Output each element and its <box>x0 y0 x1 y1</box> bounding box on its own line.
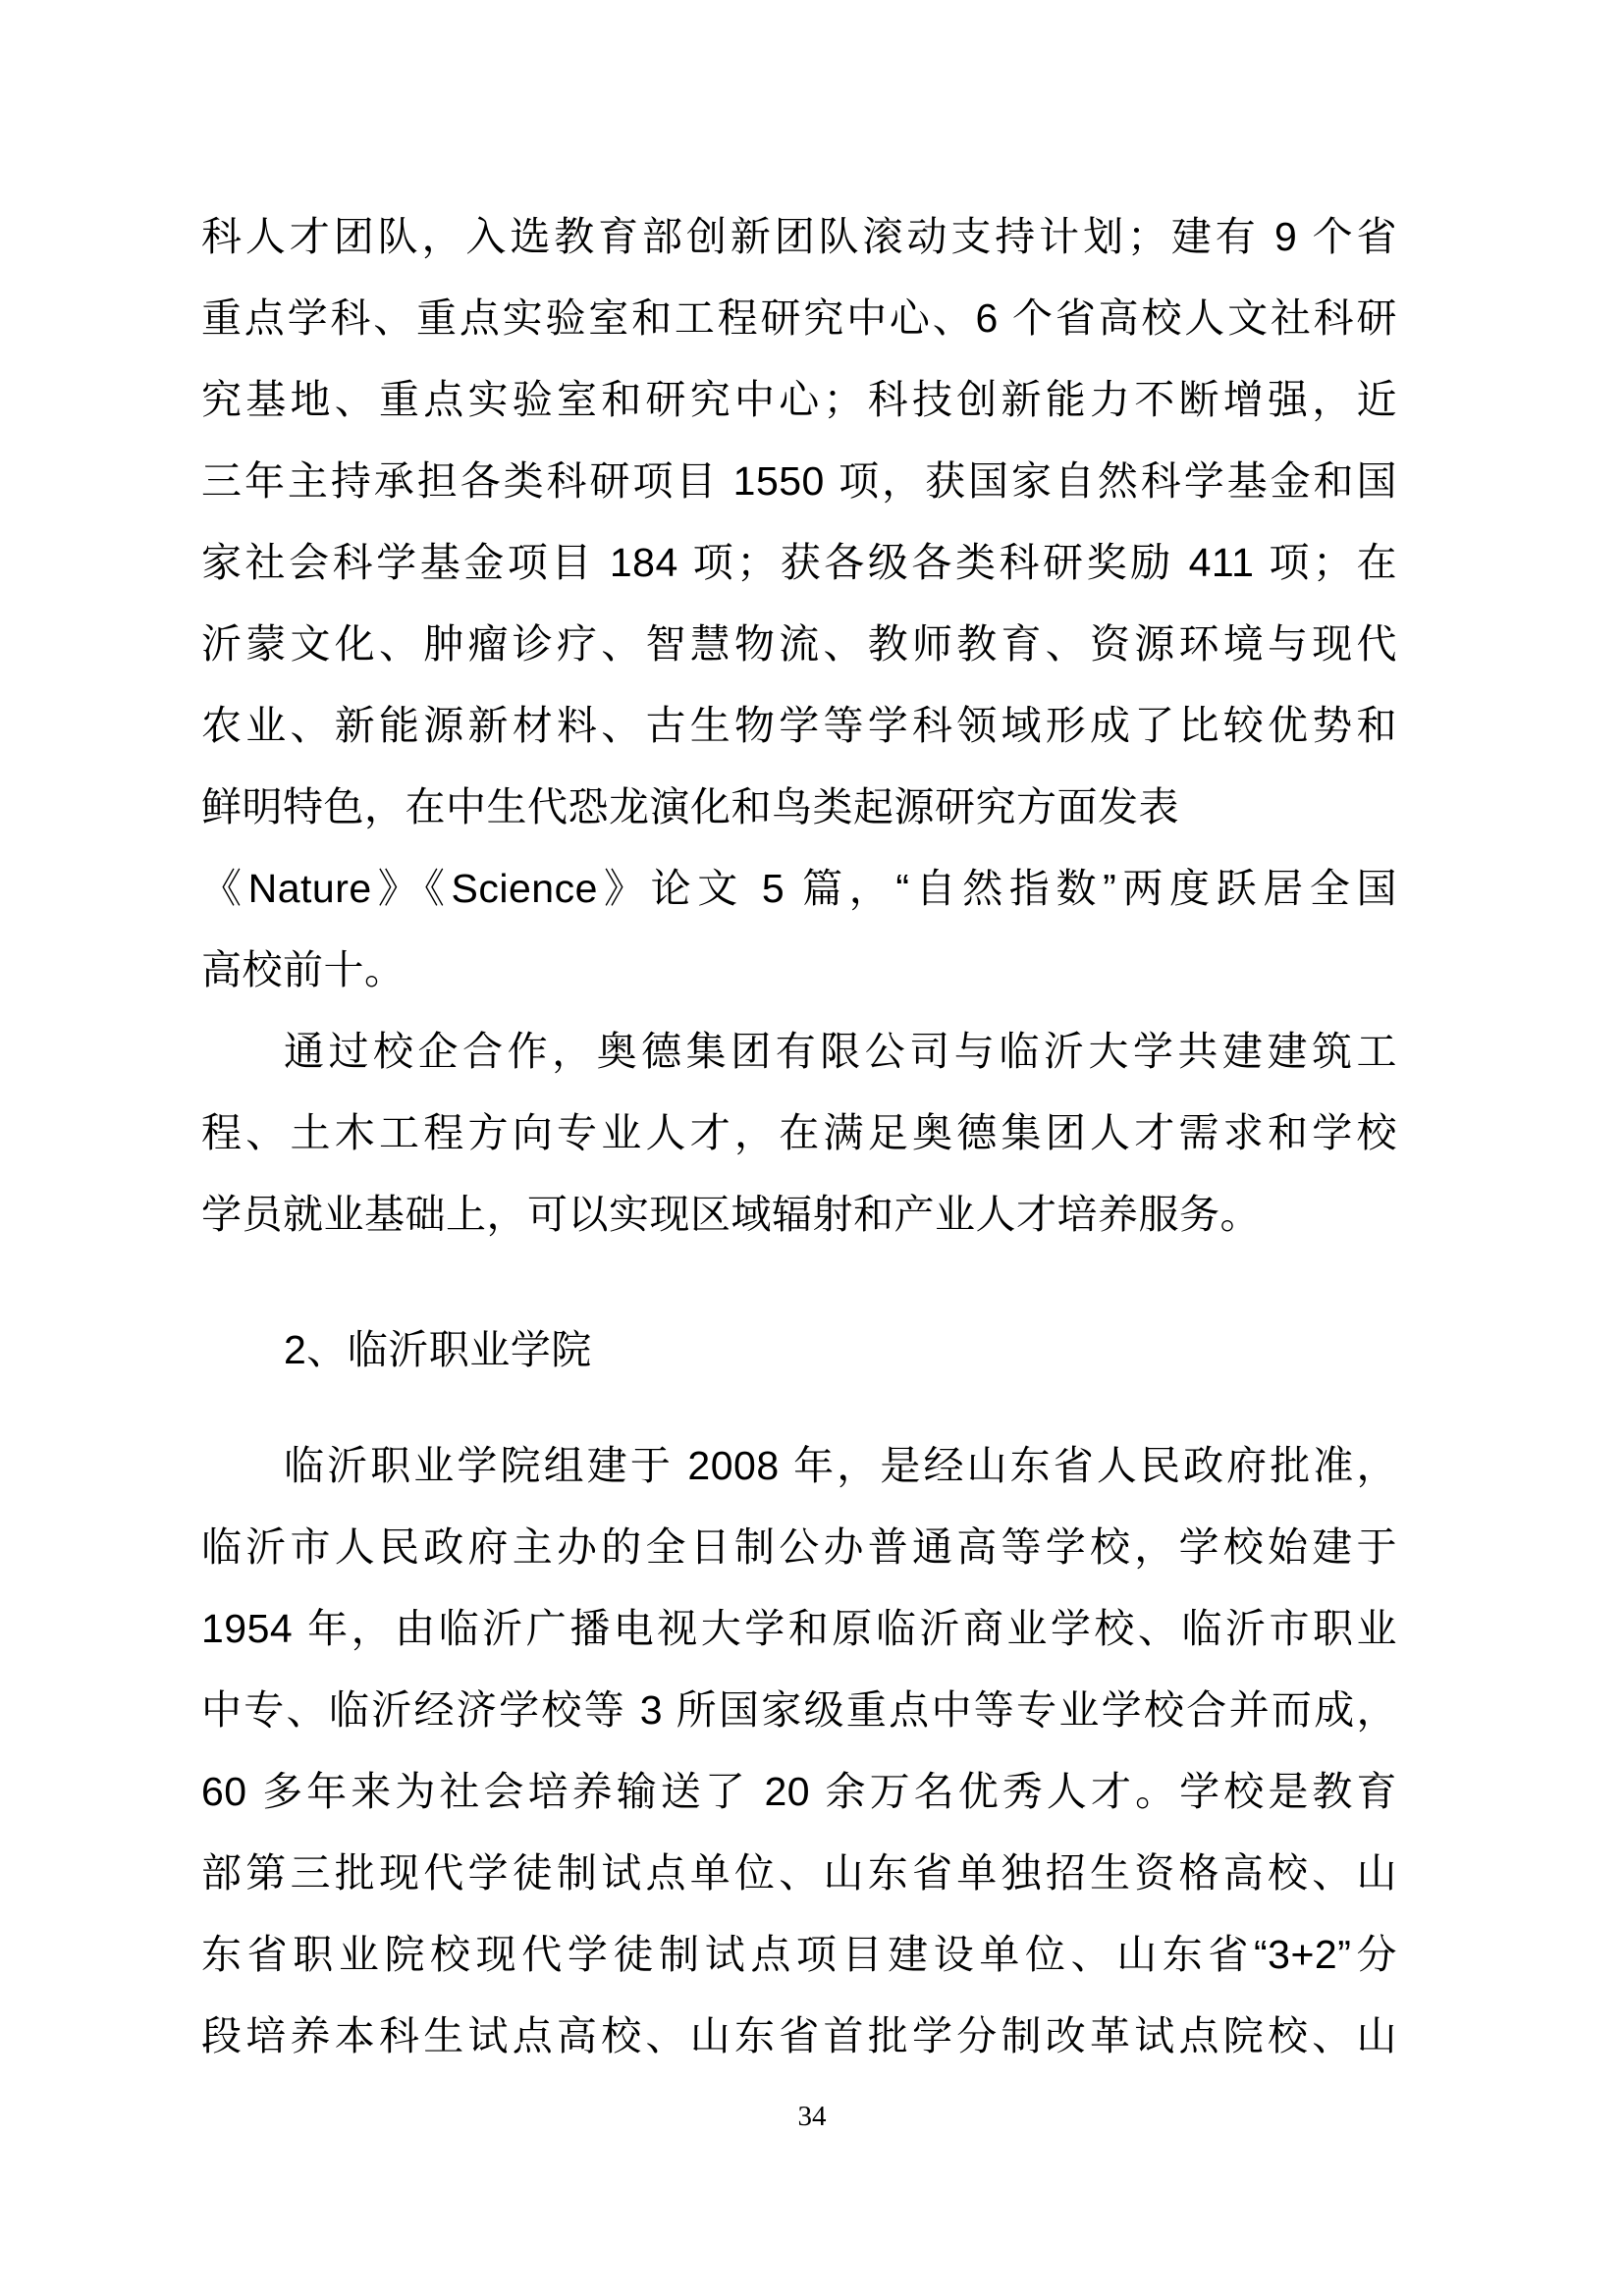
text-line: 通过校企合作，奥德集团有限公司与临沂大学共建建筑工 <box>201 1011 1397 1093</box>
text-line: 程、土木工程方向专业人才，在满足奥德集团人才需求和学校 <box>201 1093 1397 1174</box>
page-body: 科人才团队，入选教育部创新团队滚动支持计划；建有 9 个省重点学科、重点实验室和… <box>201 196 1397 2077</box>
paragraph-vocational-college-intro: 临沂职业学院组建于 2008 年，是经山东省人民政府批准，临沂市人民政府主办的全… <box>201 1425 1397 2077</box>
heading-linyi-vocational-college: 2、临沂职业学院 <box>201 1309 1397 1391</box>
text-line: 段培养本科生试点高校、山东省首批学分制改革试点院校、山 <box>201 1996 1397 2077</box>
page-number: 34 <box>0 2103 1624 2131</box>
paragraph-university-achievements: 科人才团队，入选教育部创新团队滚动支持计划；建有 9 个省重点学科、重点实验室和… <box>201 196 1397 1011</box>
text-line: 究基地、重点实验室和研究中心；科技创新能力不断增强，近 <box>201 359 1397 441</box>
text-line: 中专、临沂经济学校等 3 所国家级重点中等专业学校合并而成， <box>201 1670 1397 1751</box>
text-line: 东省职业院校现代学徒制试点项目建设单位、山东省“3+2”分 <box>201 1914 1397 1996</box>
text-line: 家社会科学基金项目 184 项；获各级各类科研奖励 411 项；在 <box>201 522 1397 604</box>
text-line: 学员就业基础上，可以实现区域辐射和产业人才培养服务。 <box>201 1174 1397 1255</box>
paragraph-school-enterprise-cooperation: 通过校企合作，奥德集团有限公司与临沂大学共建建筑工程、土木工程方向专业人才，在满… <box>201 1011 1397 1255</box>
text-line: 1954 年，由临沂广播电视大学和原临沂商业学校、临沂市职业 <box>201 1588 1397 1670</box>
text-line: 60 多年来为社会培养输送了 20 余万名优秀人才。学校是教育 <box>201 1751 1397 1833</box>
text-line: 沂蒙文化、肿瘤诊疗、智慧物流、教师教育、资源环境与现代 <box>201 604 1397 685</box>
text-line: 科人才团队，入选教育部创新团队滚动支持计划；建有 9 个省 <box>201 196 1397 278</box>
document-page: 科人才团队，入选教育部创新团队滚动支持计划；建有 9 个省重点学科、重点实验室和… <box>0 0 1624 2296</box>
text-line: 鲜明特色，在中生代恐龙演化和鸟类起源研究方面发表 <box>201 767 1397 848</box>
text-line: 临沂市人民政府主办的全日制公办普通高等学校，学校始建于 <box>201 1507 1397 1588</box>
text-line: 《Nature》《Science》论文 5 篇，“自然指数”两度跃居全国 <box>201 848 1397 930</box>
text-line: 三年主持承担各类科研项目 1550 项，获国家自然科学基金和国 <box>201 441 1397 522</box>
text-line: 部第三批现代学徒制试点单位、山东省单独招生资格高校、山 <box>201 1833 1397 1914</box>
text-line: 高校前十。 <box>201 930 1397 1011</box>
text-line: 农业、新能源新材料、古生物学等学科领域形成了比较优势和 <box>201 685 1397 767</box>
text-line: 重点学科、重点实验室和工程研究中心、6 个省高校人文社科研 <box>201 278 1397 359</box>
text-line: 临沂职业学院组建于 2008 年，是经山东省人民政府批准， <box>201 1425 1397 1507</box>
